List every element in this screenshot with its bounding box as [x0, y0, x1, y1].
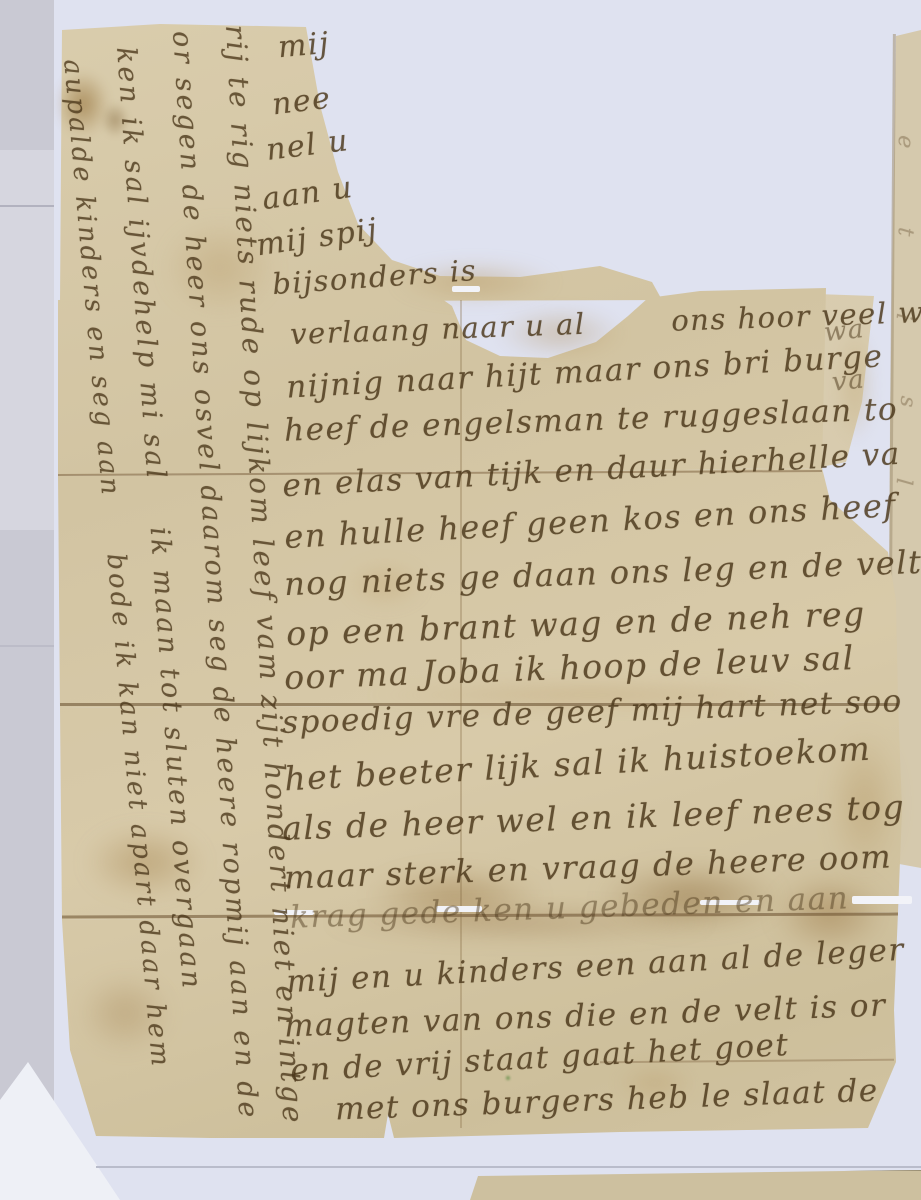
handwritten-line-top-fragment: mij spij [254, 212, 380, 264]
letter-photo: mijneenel uaan umij spijbijsonders isver… [0, 0, 921, 1200]
handwritten-line: nog niets ge daan ons leg en de velt [284, 543, 921, 603]
handwritten-fragment-strip: wa [823, 314, 867, 348]
handwritten-line-top-fragment: bijsonders is [271, 253, 478, 301]
handwritten-line-top-fragment: aan u [260, 170, 355, 217]
handwritten-line: het beeter lijk sal ik huistoekom [283, 729, 872, 799]
handwritten-line: als de heer wel en ik leef nees tog [282, 787, 906, 848]
sliver-ink-mark: e [892, 134, 918, 151]
handwritten-fragment-strip: va [831, 364, 867, 397]
sliver-ink-mark: t [892, 226, 918, 238]
sliver-ink-mark: s [894, 395, 920, 410]
sliver-ink-mark: i [890, 312, 916, 323]
handwriting-layer: mijneenel uaan umij spijbijsonders isver… [0, 0, 921, 1200]
handwritten-line: magten van ons die en de velt is or [284, 987, 887, 1044]
handwritten-line-top-fragment: nee [270, 81, 333, 123]
sliver-ink-mark: l [890, 477, 916, 488]
handwritten-line-top-fragment: nel u [264, 123, 351, 168]
handwritten-line-top-fragment: mij [277, 26, 332, 65]
